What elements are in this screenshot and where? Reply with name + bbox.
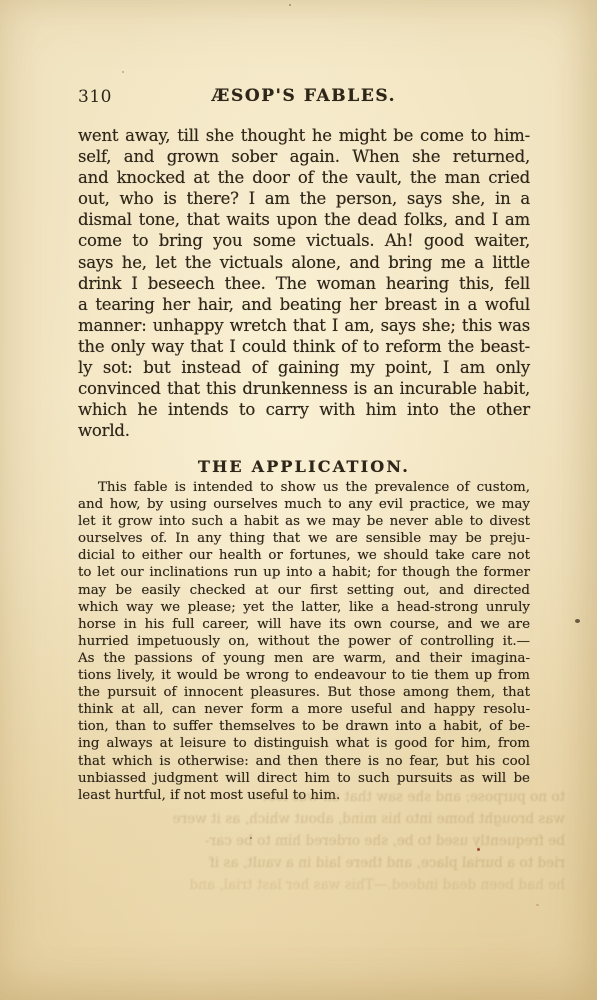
text-line: ing always at leisure to distinguish wha… — [78, 735, 530, 752]
page-header: 310 ÆSOP'S FABLES. — [78, 86, 530, 108]
text-line: convinced that this drunkenness is an in… — [78, 378, 530, 399]
text-line: As the passions of young men are warm, a… — [78, 650, 530, 667]
text-line: and how, by using ourselves much to any … — [78, 496, 530, 513]
text-line: that which is otherwise: and then there … — [78, 753, 530, 770]
text-line: says he, let the victuals alone, and bri… — [78, 252, 530, 273]
text-line: ried to a burial place, and there laid i… — [88, 852, 565, 874]
text-line: world. — [78, 420, 530, 441]
text-line: which he intends to carry with him into … — [78, 399, 530, 420]
text-line: hurried impetuously on, without the powe… — [78, 633, 530, 650]
text-line: ly sot: but instead of gaining my point,… — [78, 357, 530, 378]
text-line: was brought home into his mind, about wh… — [88, 808, 565, 830]
text-line: dicial to either our health or fortunes,… — [78, 547, 530, 564]
ink-speck — [122, 71, 124, 73]
text-line: he had been dead indeed.—This was her la… — [88, 874, 565, 896]
text-line: and knocked at the door of the vault, th… — [78, 167, 530, 188]
text-line: drink I beseech thee. The woman hearing … — [78, 273, 530, 294]
text-line: the only way that I could think of to re… — [78, 336, 530, 357]
ink-speck — [536, 904, 539, 906]
ink-speck — [250, 837, 252, 839]
text-line: manner: unhappy wretch that I am, says s… — [78, 315, 530, 336]
application-paragraph: This fable is intended to show us the pr… — [78, 479, 530, 804]
text-line: went away, till she thought he might be … — [78, 125, 530, 146]
text-line: self, and grown sober again. When she re… — [78, 146, 530, 167]
text-line: tions lively, it would be wrong to endea… — [78, 667, 530, 684]
running-title: ÆSOP'S FABLES. — [78, 86, 530, 106]
text-line: the pursuit of innocent pleasures. But t… — [78, 684, 530, 701]
text-line: be frequently used to be, she ordered hi… — [88, 830, 565, 852]
text-line: to let our inclinations run up into a ha… — [78, 564, 530, 581]
ink-speck — [289, 4, 291, 6]
ink-speck — [575, 619, 580, 623]
text-line: let it grow into such a habit as we may … — [78, 513, 530, 530]
text-line: least hurtful, if not most useful to him… — [78, 787, 530, 804]
text-line: This fable is intended to show us the pr… — [78, 479, 530, 496]
text-line: dismal tone, that waits upon the dead fo… — [78, 209, 530, 230]
ink-speck — [477, 848, 480, 851]
text-line: unbiassed judgment will direct him to su… — [78, 770, 530, 787]
text-line: ourselves of. In any thing that we are s… — [78, 530, 530, 547]
text-line: think at all, can never form a more usef… — [78, 701, 530, 718]
text-line: tion, than to suffer themselves to be dr… — [78, 718, 530, 735]
application-heading: THE APPLICATION. — [78, 457, 530, 476]
text-line: come to bring you some victuals. Ah! goo… — [78, 230, 530, 251]
text-line: a tearing her hair, and beating her brea… — [78, 294, 530, 315]
book-page-scan: 310 ÆSOP'S FABLES. went away, till she t… — [0, 0, 597, 1000]
text-line: may be easily checked at our first setti… — [78, 582, 530, 599]
text-line: which way we please; yet the latter, lik… — [78, 599, 530, 616]
fable-paragraph: went away, till she thought he might be … — [78, 125, 530, 441]
text-line: horse in his full career, will have its … — [78, 616, 530, 633]
text-line: out, who is there? I am the person, says… — [78, 188, 530, 209]
